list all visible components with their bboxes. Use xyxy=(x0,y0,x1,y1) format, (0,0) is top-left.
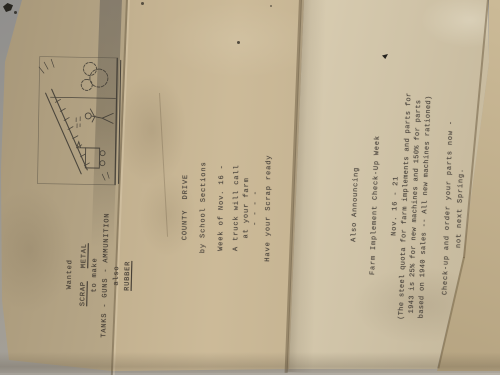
scrap-drive-cartoon-illustration xyxy=(35,55,123,186)
announce-page-text: Also Announcing Farm Implement Check-Up … xyxy=(341,75,470,337)
ink-dot xyxy=(14,11,17,14)
ink-speck xyxy=(270,5,272,7)
scrap-page-text: Wanted SCRAPMETAL to make TANKS - GUNS -… xyxy=(57,199,136,351)
photo-of-scrap-drive-flyers: Wanted SCRAPMETAL to make TANKS - GUNS -… xyxy=(0,0,500,375)
paper-bottom-shadow xyxy=(0,352,500,373)
typed-line-week-of-nov: Week of Nov. 16 - xyxy=(217,152,227,264)
typed-line-by-school-sections: by School Sections xyxy=(199,151,209,263)
typed-line-have-scrap-ready: Have your Scrap ready xyxy=(264,152,274,264)
typed-line-wanted: Wanted xyxy=(63,199,78,349)
typed-line-dashes: - - - - xyxy=(251,152,261,264)
ink-mark xyxy=(3,3,13,12)
typed-line-also-announcing: Also Announcing xyxy=(346,75,365,333)
typed-line-truck-will-call: A truck will call xyxy=(232,152,242,264)
scrap-word: SCRAP xyxy=(79,281,88,306)
ink-speck xyxy=(237,41,240,44)
ink-speck xyxy=(141,2,144,5)
drive-page-text: COUNTY DRIVE by School Sections Week of … xyxy=(176,151,274,264)
typed-line-checkup-week: Farm Implement Check-Up Week xyxy=(366,76,385,334)
metal-word: METAL xyxy=(80,243,89,268)
typed-line-county-drive: COUNTY DRIVE xyxy=(181,151,191,263)
